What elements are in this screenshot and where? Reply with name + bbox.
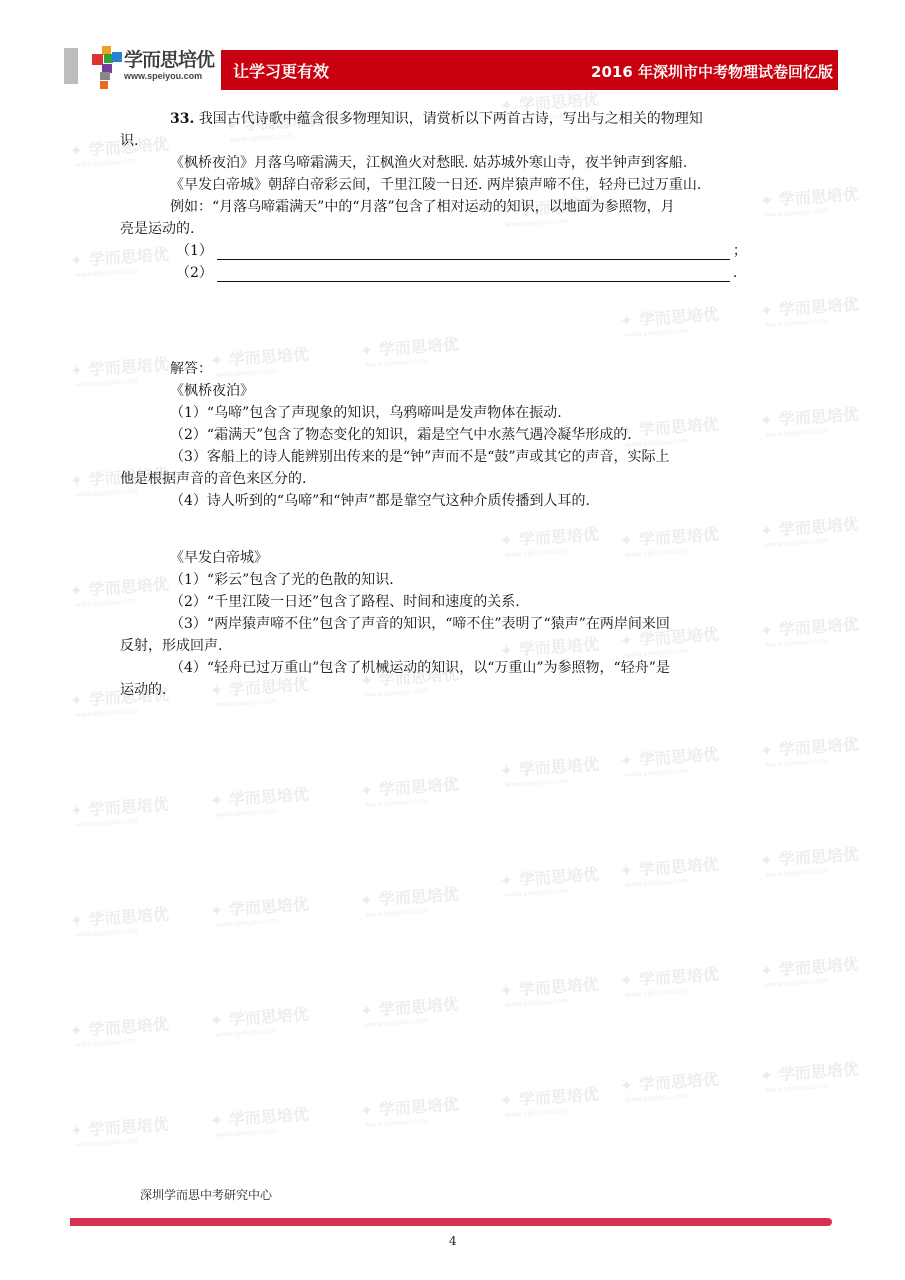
answer-heading: 解答： [140,358,780,380]
header-gray-bar [64,48,78,84]
watermark: ✦ 学而思培优www.speiyou.com [619,852,720,890]
answer-item-cont: 反射，形成回声. [120,635,780,657]
header-slogan: 让学习更有效 [233,59,329,82]
watermark: ✦ 学而思培优www.speiyou.com [619,742,720,780]
watermark: ✦ 学而思培优www.speiyou.com [69,792,170,830]
answer-item: （2）“千里江陵一日还”包含了路程、时间和速度的关系. [140,591,780,613]
watermark: ✦ 学而思培优www.speiyou.com [499,752,600,790]
watermark: ✦ 学而思培优www.speiyou.com [69,1112,170,1150]
answer-item: （4）“轻舟已过万重山”包含了机械运动的知识，以“万重山”为参照物，“轻舟”是 [140,657,780,679]
document-body: 33. 我国古代诗歌中蕴含很多物理知识，请赏析以下两首古诗，写出与之相关的物理知… [140,108,780,701]
answer-item: （4）诗人听到的“乌啼”和“钟声”都是靠空气这种介质传播到人耳的. [140,490,780,512]
footer-bar [70,1218,832,1226]
answer-item: （1）“彩云”包含了光的色散的知识. [140,569,780,591]
watermark: ✦ 学而思培优www.speiyou.com [759,952,860,990]
watermark: ✦ 学而思培优www.speiyou.com [209,1002,310,1040]
watermark: ✦ 学而思培优www.speiyou.com [759,842,860,880]
answer-blank-2: （2） . [140,262,780,284]
watermark: ✦ 学而思培优www.speiyou.com [499,862,600,900]
watermark: ✦ 学而思培优www.speiyou.com [499,972,600,1010]
blank-line[interactable] [217,245,730,260]
watermark: ✦ 学而思培优www.speiyou.com [359,1092,460,1130]
watermark: ✦ 学而思培优www.speiyou.com [759,1057,860,1095]
logo-icon [90,44,122,90]
answer-item-cont: 他是根据声音的音色来区分的. [120,468,780,490]
footer-organization: 深圳学而思中考研究中心 [140,1186,272,1203]
watermark: ✦ 学而思培优www.speiyou.com [209,892,310,930]
watermark: ✦ 学而思培优www.speiyou.com [209,1102,310,1140]
watermark: ✦ 学而思培优www.speiyou.com [69,902,170,940]
section-title: 《早发白帝城》 [140,547,780,569]
logo-text: 学而思培优 [124,50,214,70]
question-stem: 33. 我国古代诗歌中蕴含很多物理知识，请赏析以下两首古诗，写出与之相关的物理知 [140,108,780,130]
answer-item: （3）“两岸猿声啼不住”包含了声音的知识，“啼不住”表明了“猿声”在两岸间来回 [140,613,780,635]
watermark: ✦ 学而思培优www.speiyou.com [209,782,310,820]
blank-line[interactable] [217,267,730,282]
watermark: ✦ 学而思培优www.speiyou.com [69,1012,170,1050]
example-text-cont: 亮是运动的. [120,218,780,240]
header-title: 2016 年深圳市中考物理试卷回忆版 [591,61,833,82]
poem-baidicheng: 《早发白帝城》朝辞白帝彩云间，千里江陵一日还. 两岸猿声啼不住，轻舟已过万重山. [140,174,780,196]
logo-url: www.speiyou.com [124,71,202,81]
watermark: ✦ 学而思培优www.speiyou.com [359,882,460,920]
answer-item: （3）客船上的诗人能辨别出传来的是“钟”声而不是“鼓”声或其它的声音，实际上 [140,446,780,468]
watermark: ✦ 学而思培优www.speiyou.com [499,1082,600,1120]
answer-item: （2）“霜满天”包含了物态变化的知识，霜是空气中水蒸气遇冷凝华形成的. [140,424,780,446]
question-number: 33. [170,111,194,127]
watermark: ✦ 学而思培优www.speiyou.com [359,772,460,810]
answer-item-cont: 运动的. [120,679,780,701]
answer-blank-1: （1） ； [140,240,780,262]
watermark: ✦ 学而思培优www.speiyou.com [619,962,720,1000]
watermark: ✦ 学而思培优www.speiyou.com [759,732,860,770]
question-stem-cont: 识. [120,130,780,152]
watermark: ✦ 学而思培优www.speiyou.com [619,1067,720,1105]
watermark: ✦ 学而思培优www.speiyou.com [359,992,460,1030]
answer-item: （1）“乌啼”包含了声现象的知识，乌鸦啼叫是发声物体在振动. [140,402,780,424]
page-number: 4 [449,1234,457,1248]
example-text: 例如：“月落乌啼霜满天”中的“月落”包含了相对运动的知识，以地面为参照物，月 [140,196,780,218]
section-title: 《枫桥夜泊》 [140,380,780,402]
poem-fengqiao: 《枫桥夜泊》月落乌啼霜满天，江枫渔火对愁眠. 姑苏城外寒山寺，夜半钟声到客船. [140,152,780,174]
